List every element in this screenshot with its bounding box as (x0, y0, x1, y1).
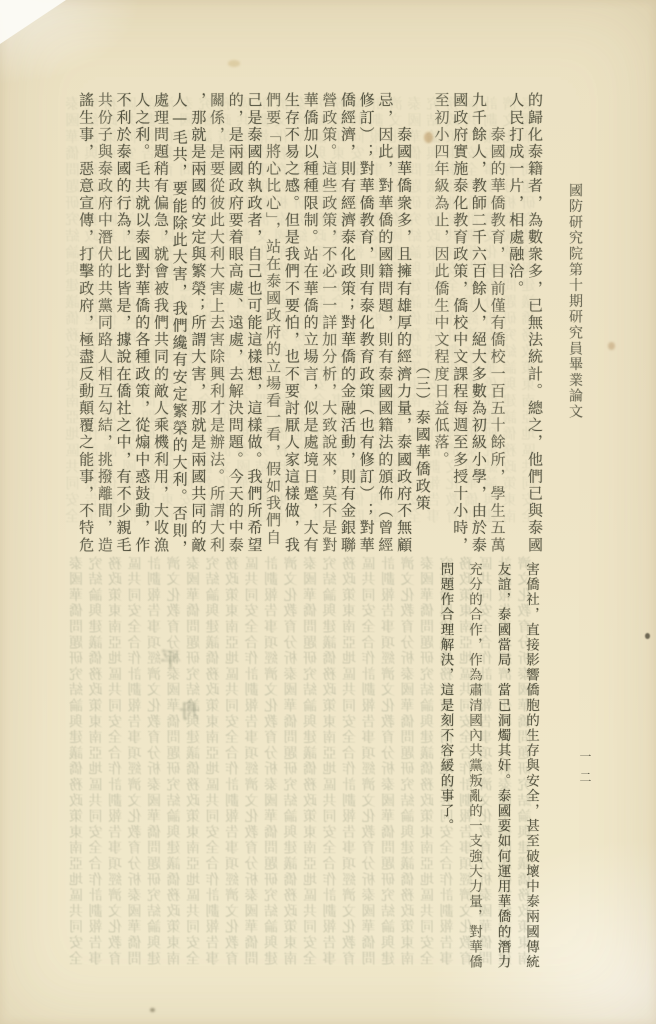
text-column: 究結論與建議僑務政策東南亞地區共同安全合作計劃報告事 (88, 556, 108, 1008)
text-column: 的歸化泰籍者，為數衆多，已無法統計。總之，他們已與泰國 (525, 92, 544, 558)
text-column: 究結論與建議僑務政策東南亞地區共同安全合作計劃報告事 (322, 556, 342, 1008)
text-column: 務政策東南亞地區共同安全合作計劃報告事項經濟文化教育 (107, 556, 127, 1008)
text-column: 計劃報告事項經濟文化教育分析泰國華僑問題研究結論與建 (146, 556, 166, 1008)
text-column: 處理問題稍有偏急，就會被我們共同的敵人乘機利用，大收漁 (151, 92, 170, 558)
ink-speck (645, 633, 650, 639)
page-corner-highlight (0, 0, 66, 44)
text-column: 的，是兩國政府要着眼高處、遠處，去解決問題。今天的中泰 (226, 92, 245, 558)
text-column: 濟文化教育分析泰國華僑問題研究結論與建議僑務政策東南 (166, 556, 186, 1008)
text-column: 區共同安全合作計劃報告事項經濟文化教育分析泰國華僑問 (361, 556, 381, 1008)
text-column: 泰國的華僑教育，目前僅有僑校一百五十餘所，學生五萬 (488, 92, 507, 558)
text-column: 至初小四年級為止，因此僑生中文程度日益低落。 (432, 92, 451, 558)
foxing-stain (228, 60, 240, 67)
continuation-text-block: 害僑社，直接影響僑胞的生存與安全，甚至破壞中泰兩國傳統友誼，泰國當局，當已洞燭其… (431, 562, 545, 976)
text-column: 計劃報告事項經濟文化教育分析泰國華僑問題研究結論與建 (380, 556, 400, 1008)
text-column: 充分的合作，作為肅清國內共黨叛亂的一支強大力量，對華僑 (460, 562, 489, 976)
text-column: 共份子與泰政府中潛伏的共黨同路人相互勾結，挑撥離間，造 (95, 92, 114, 558)
text-column: 人之利。毛共就以泰國對華僑的各種政策，從煽中惑鼓動，作 (133, 92, 152, 558)
text-column: 泰國華僑問題研究結論與建議僑務政策東南亞地區共同安全 (302, 556, 322, 1008)
text-column: 不利於泰國的行為，比比皆是，據說在僑社之中，有不少親毛 (114, 92, 133, 558)
text-column: （三）泰國華僑政策 (413, 92, 432, 558)
ink-showthrough-mark: 平 (160, 644, 181, 674)
foxing-stain (424, 132, 433, 143)
text-column: 泰國華僑問題研究結論與建議僑務政策東南亞地區共同安全 (68, 556, 88, 1008)
text-column: 究結論與建議僑務政策東南亞地區共同安全合作計劃報告事 (205, 556, 225, 1008)
text-column: 關係，是要從彼此大利大害上去害除興利才是辦法。所謂大利 (207, 92, 226, 558)
ink-speck (150, 1008, 155, 1012)
text-column: 濟文化教育分析泰國華僑問題研究結論與建議僑務政策東南 (400, 556, 420, 1008)
text-column: 務政策東南亞地區共同安全合作計劃報告事項經濟文化教育 (341, 556, 361, 1008)
text-column: 友誼，泰國當局，當已洞燭其奸。泰國要如何運用華僑的潛力 (488, 562, 517, 976)
text-column: 謠生事，惡意宣傳，打擊政府，極盡反動顛覆之能事，不特危 (76, 92, 95, 558)
text-column: 問題作合理解決，這是刻不容緩的事了。 (431, 562, 460, 976)
thesis-series-label: 國防研究院第十期研究員畢業論文 (565, 183, 585, 428)
text-column: 務政策東南亞地區共同安全合作計劃報告事項經濟文化教育 (224, 556, 244, 1008)
text-column: 們要「將心比心」，站在泰國政府的立場看一看，假如我們自 (263, 92, 282, 558)
scanned-thesis-page: 泰國華僑問題研究結論與建議僑務政策東南亞地區共同安全究結論與建議僑務政策東南亞地… (0, 0, 656, 1024)
text-column: 濟文化教育分析泰國華僑問題研究結論與建議僑務政策東南 (283, 556, 303, 1008)
text-column: 區共同安全合作計劃報告事項經濟文化教育分析泰國華僑問 (127, 556, 147, 1008)
text-column: 國政府實施泰化教育政策，僑校中文課程每週至多授十小時， (450, 92, 469, 558)
text-column: 人—毛共，要能除此大害，我們纔有安定繁榮的大利。否則， (170, 92, 189, 558)
text-column: 泰國華僑衆多，且擁有雄厚的經濟力量，泰國政府不無顧 (394, 92, 413, 558)
page-number: 一二 (577, 750, 594, 792)
foxing-stain (608, 342, 615, 350)
text-column: 人民打成一片，相處融洽。 (507, 92, 526, 558)
text-column: 生存不易之感。但是我們不要怕，也不要討厭人家這樣做，我 (282, 92, 301, 558)
ink-showthrough-mark: 舟 (179, 695, 200, 725)
text-column: 營政策。這些政策，不必一一詳加分析，大致說來，莫不是對 (320, 92, 339, 558)
text-column: 忌，因此，對華僑的國籍問題，則有泰國國籍法的頒佈（曾經 (376, 92, 395, 558)
text-column: 害僑社，直接影響僑胞的生存與安全，甚至破壞中泰兩國傳統 (517, 562, 546, 976)
text-column: 泰國華僑問題研究結論與建議僑務政策東南亞地區共同安全 (185, 556, 205, 1008)
text-column: 華僑加以種種限制。站在華僑的立場言，似是處境日蹙，大有 (301, 92, 320, 558)
text-column: 區共同安全合作計劃報告事項經濟文化教育分析泰國華僑問 (244, 556, 264, 1008)
text-column: 僑經濟，則有經濟泰化政策；對華僑的金融活動，則有金銀聯 (338, 92, 357, 558)
main-text-block: 的歸化泰籍者，為數衆多，已無法統計。總之，他們已與泰國人民打成一片，相處融洽。 … (76, 92, 544, 558)
text-column: ，那就是兩國的安定與繁榮；所謂大害，那就是兩國共同的敵 (189, 92, 208, 558)
text-column: 修訂）；對華僑教育，則有泰化教育政策（也有修訂）；對華 (357, 92, 376, 558)
text-column: 九千餘人，教師二千六百餘人，絕大多數為初級小學，由於泰 (469, 92, 488, 558)
text-column: 己是泰國的執政者，自己也可能這樣想，這樣做。我們所希望 (245, 92, 264, 558)
text-column: 計劃報告事項經濟文化教育分析泰國華僑問題研究結論與建 (263, 556, 283, 1008)
